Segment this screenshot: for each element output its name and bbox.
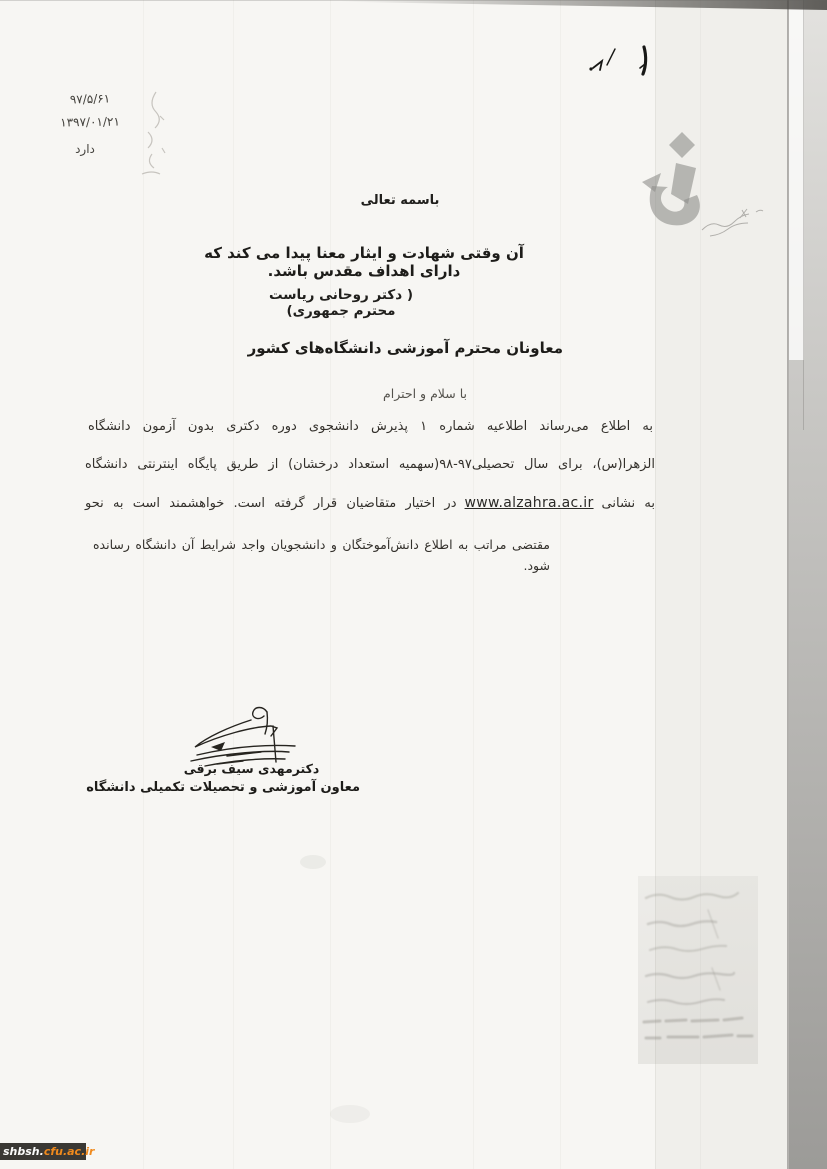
handwritten-ink-marks-icon	[583, 38, 655, 82]
site-watermark: shbsh.cfu.ac.ir	[0, 1143, 86, 1160]
recipient-line: معاونان محترم آموزشی دانشگاه‌های کشور	[248, 339, 563, 357]
body-line-1: به اطلاع می‌رساند اطلاعیه شماره ۱ پذیرش …	[88, 416, 653, 437]
faded-received-stamp	[638, 876, 758, 1064]
body-line-3-post: در اختیار متقاضیان قرار گرفته است. خواهش…	[85, 496, 457, 511]
signer-name: دکترمهدی سیف برقی	[183, 761, 320, 776]
university-url-link[interactable]: www.alzahra.ac.ir	[465, 493, 594, 514]
scan-line	[330, 0, 331, 1169]
body-line-4: مقتضی مراتب به اطلاع دانش‌آموختگان و دان…	[93, 534, 550, 576]
body-line-2: الزهرا(س)، برای سال تحصیلی۹۷-۹۸(سهمیه اس…	[85, 454, 655, 475]
body-line-3-pre: به نشانی	[602, 496, 655, 511]
paper-edge-inner	[803, 0, 804, 430]
basmala: باسمه تعالی	[298, 193, 502, 208]
page-edge-highlight	[789, 0, 804, 360]
attachment-note: دارد	[40, 142, 130, 156]
scan-blot	[330, 1105, 370, 1123]
salutation: با سلام و احترام	[383, 386, 467, 401]
faint-pen-scribble-icon	[122, 86, 172, 186]
scan-line	[473, 0, 474, 1169]
top-scan-shadow	[340, 0, 827, 10]
watermark-domain: cfu.ac.ir	[44, 1143, 95, 1160]
scan-line	[233, 0, 234, 1169]
scan-line	[560, 0, 561, 1169]
top-edge-line	[0, 0, 827, 1]
letterhead-quote: آن وقتی شهادت و ایثار معنا پیدا می کند ک…	[185, 244, 543, 280]
watermark-prefix: shbsh.	[3, 1143, 44, 1160]
body-line-3: به نشانیwww.alzahra.ac.irدر اختیار متقاض…	[85, 493, 655, 514]
scan-blot	[300, 855, 326, 869]
paper-edge	[787, 0, 789, 1169]
alzahra-university-logo-icon	[638, 130, 768, 268]
signer-title: معاون آموزشی و تحصیلات تکمیلی دانشگاه	[128, 780, 360, 795]
quote-attribution: ( دکتر روحانی ریاست محترم جمهوری)	[255, 287, 427, 319]
stamp-scribble-icon	[638, 876, 758, 1064]
scanned-letter-page: ۹۷/۵/۶۱ ۱۳۹۷/۰۱/۲۱ دارد	[0, 0, 827, 1169]
